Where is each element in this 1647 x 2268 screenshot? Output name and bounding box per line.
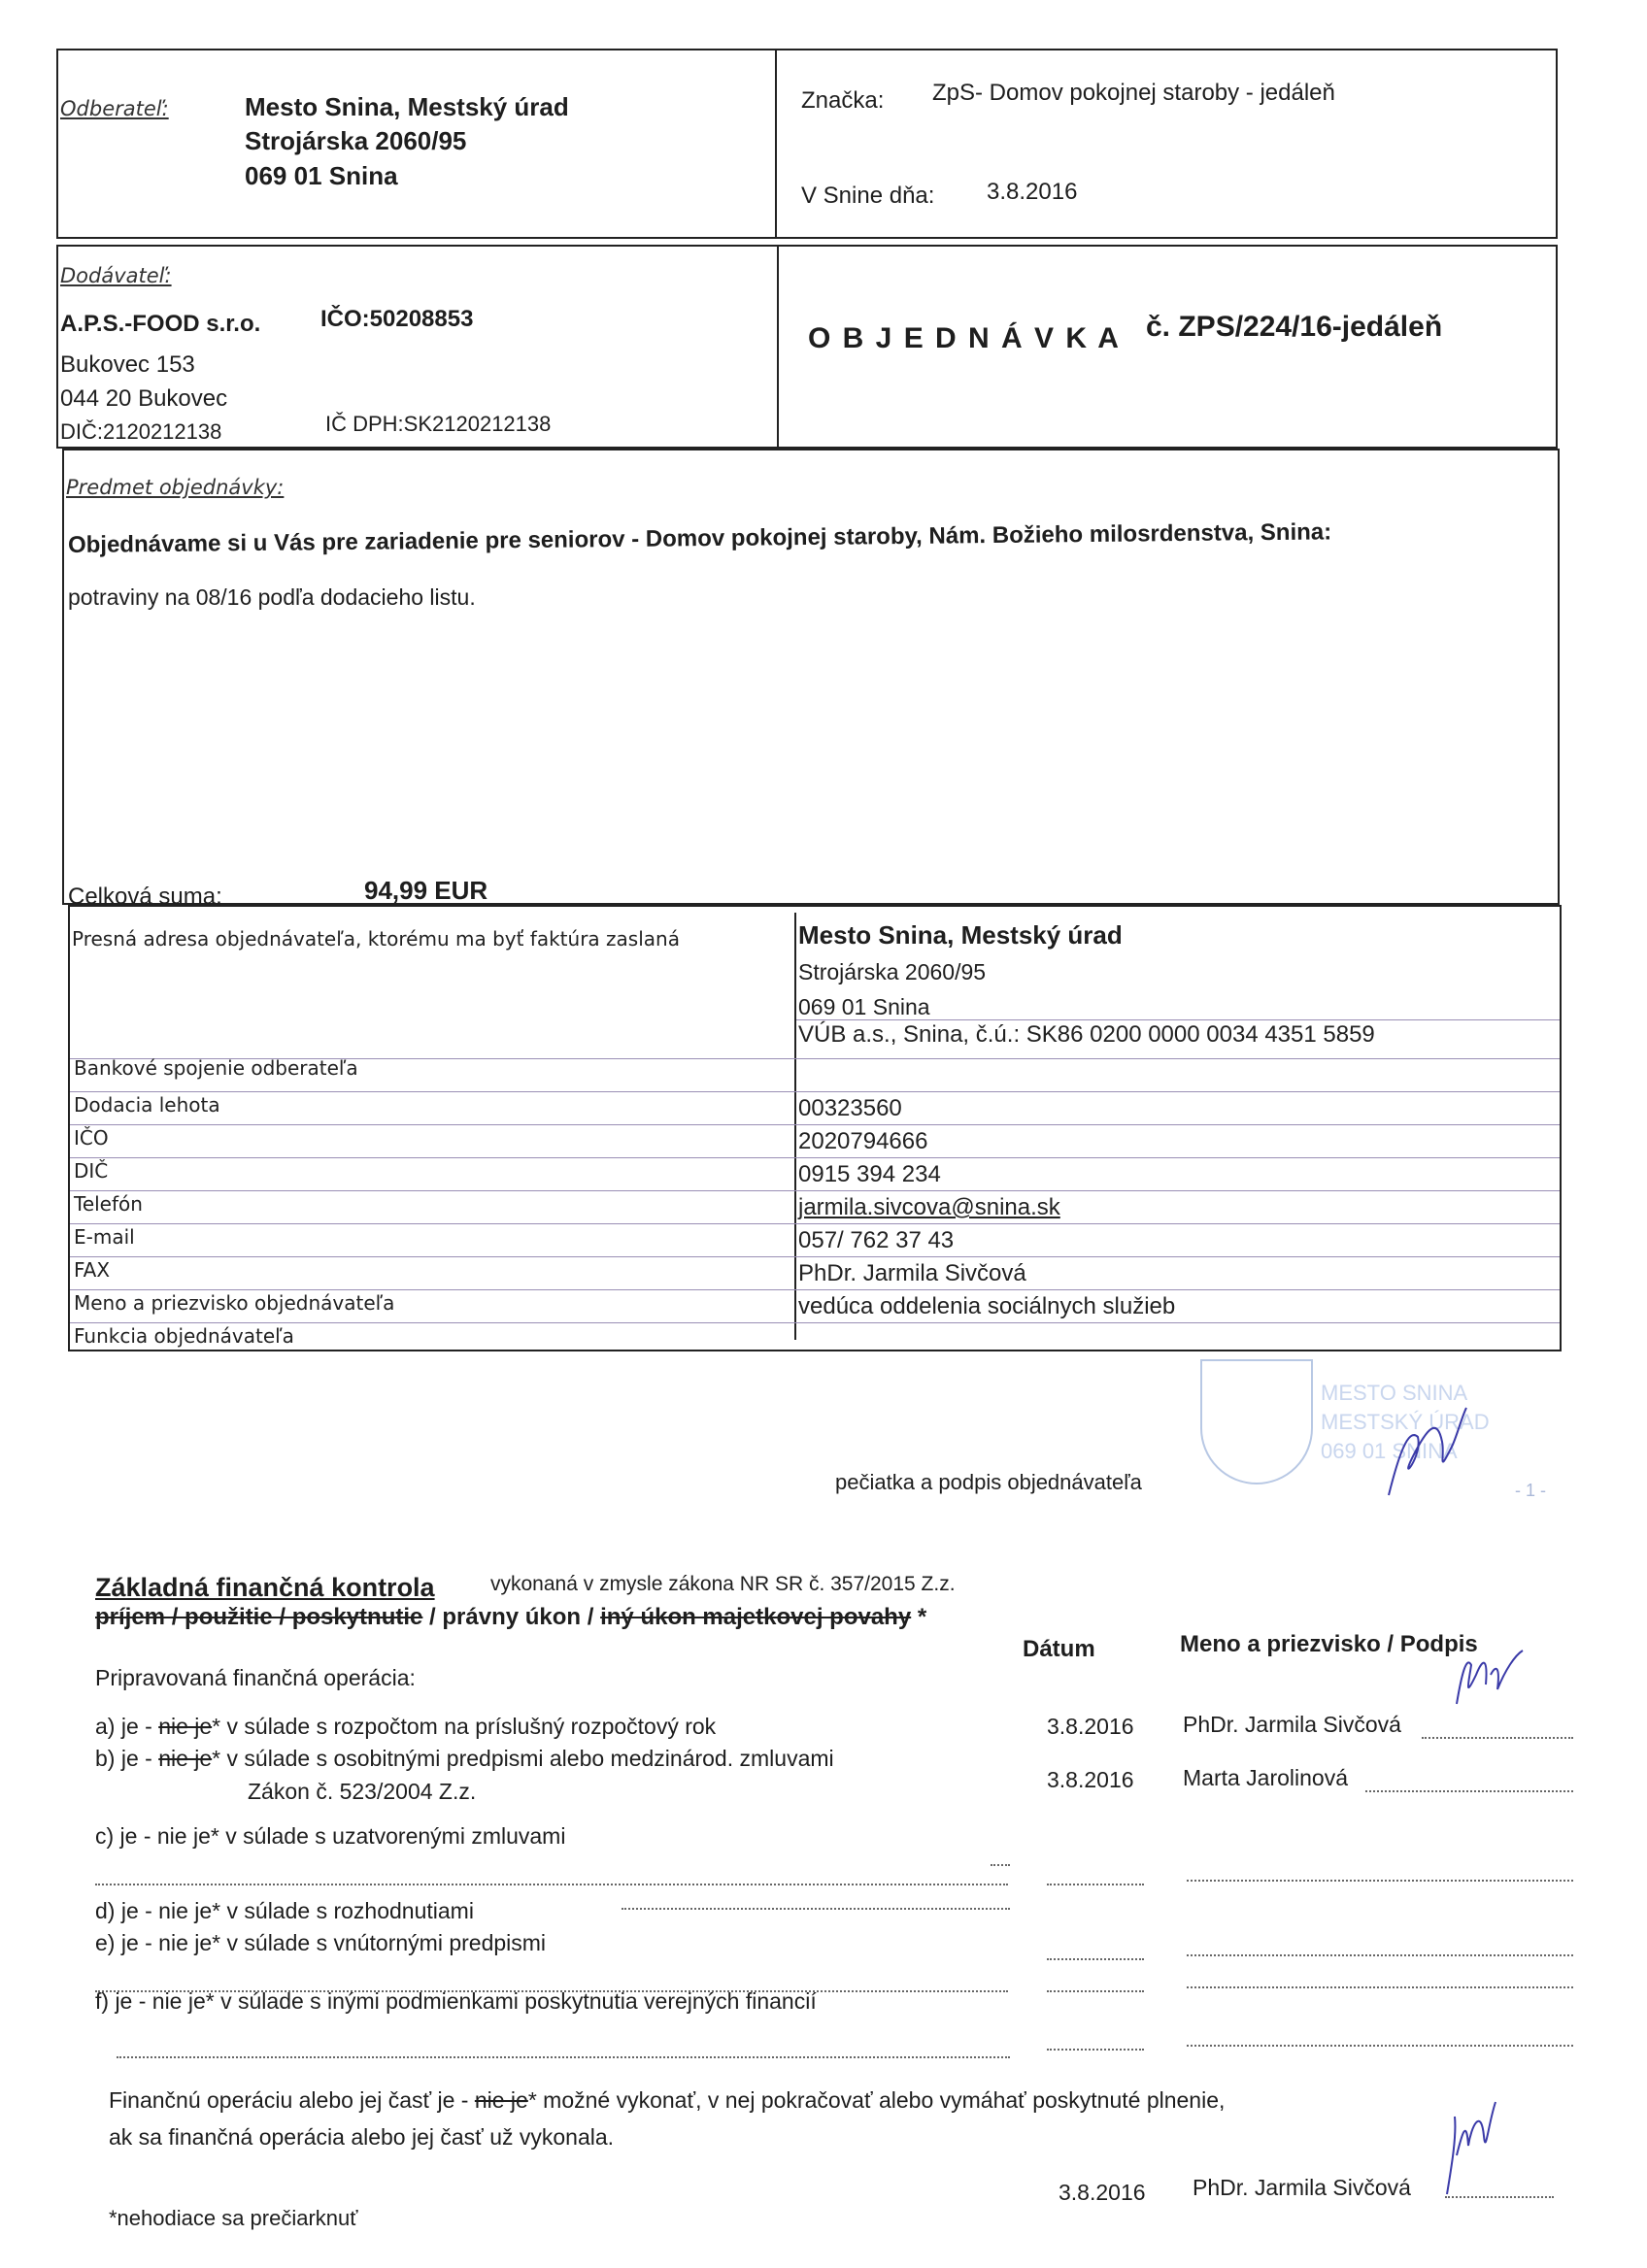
- odberatel-street: Strojárska 2060/95: [245, 126, 466, 156]
- detail-label: Dodacia lehota: [74, 1093, 220, 1117]
- row-divider: [70, 1190, 1560, 1191]
- conclusion-post: * možné vykonať, v nej pokračovať alebo …: [528, 2087, 1226, 2113]
- date-line[interactable]: [1047, 2049, 1144, 2051]
- conclusion-pre: Finančnú operáciu alebo jej časť je -: [109, 2087, 475, 2113]
- control-item: b) je - nie je* v súlade s osobitnými pr…: [95, 1746, 834, 1772]
- detail-value: 057/ 762 37 43: [798, 1227, 954, 1254]
- control-item: d) je - nie je* v súlade s rozhodnutiami: [95, 1898, 474, 1924]
- date-label: V Snine dňa:: [801, 183, 934, 210]
- fill-line[interactable]: [622, 1908, 1010, 1910]
- signature-line[interactable]: [1422, 1737, 1574, 1739]
- item-prefix: d) je - nie je: [95, 1898, 212, 1923]
- detail-label: Meno a priezvisko objednávateľa: [74, 1291, 394, 1315]
- detail-value: 2020794666: [798, 1128, 927, 1155]
- supplier-ico: IČO:50208853: [320, 306, 473, 333]
- stamp-signature-label: pečiatka a podpis objednávateľa: [835, 1470, 1142, 1495]
- detail-value: PhDr. Jarmila Sivčová: [798, 1260, 1026, 1287]
- control-title-suffix: vykonaná v zmysle zákona NR SR č. 357/20…: [490, 1573, 956, 1596]
- detail-label: FAX: [74, 1258, 110, 1282]
- supplier-name: A.P.S.-FOOD s.r.o.: [60, 311, 260, 338]
- supplier-dic: DIČ:2120212138: [60, 419, 221, 445]
- invoice-address-label: Presná adresa objednávateľa, ktorému ma …: [72, 927, 680, 951]
- row-divider: [70, 1289, 1560, 1290]
- final-date: 3.8.2016: [1059, 2180, 1146, 2206]
- date-line[interactable]: [1047, 1958, 1144, 1960]
- conclusion-line-1: Finančnú operáciu alebo jej časť je - ni…: [109, 2087, 1225, 2114]
- item-date: 3.8.2016: [1047, 1767, 1134, 1793]
- item-text: * v súlade s rozhodnutiami: [212, 1898, 474, 1923]
- subject-label: Predmet objednávky:: [66, 476, 284, 499]
- supplier-city: 044 20 Bukovec: [60, 385, 227, 413]
- item-date: 3.8.2016: [1047, 1714, 1134, 1740]
- footnote: *nehodiace sa prečiarknuť: [109, 2206, 358, 2231]
- detail-value: 00323560: [798, 1095, 902, 1122]
- supplier-street: Bukovec 153: [60, 351, 195, 379]
- control-item: f) je - nie je* v súlade s inými podmien…: [95, 1988, 817, 2015]
- detail-label: Funkcia objednávateľa: [74, 1324, 294, 1348]
- znacka-label: Značka:: [801, 87, 884, 115]
- col-name-header: Meno a priezvisko / Podpis: [1180, 1631, 1478, 1658]
- detail-label: E-mail: [74, 1225, 135, 1249]
- row-divider: [70, 1091, 1560, 1092]
- control-type-active: / právny úkon /: [422, 1604, 600, 1630]
- item-text: * v súlade s vnútornými predpismi: [212, 1930, 546, 1955]
- final-name: PhDr. Jarmila Sivčová: [1193, 2175, 1411, 2201]
- purchase-order-document: Odberateľ: Mesto Snina, Mestský úrad Str…: [0, 0, 1647, 2268]
- order-number: č. ZPS/224/16-jedáleň: [1146, 311, 1442, 344]
- total-value: 94,99 EUR: [364, 876, 487, 906]
- odberatel-name: Mesto Snina, Mestský úrad: [245, 92, 569, 122]
- item-text: * v súlade s rozpočtom na príslušný rozp…: [212, 1714, 716, 1739]
- control-title: Základná finančná kontrola: [95, 1573, 435, 1603]
- signature-line[interactable]: [1187, 1880, 1573, 1882]
- subject-detail: potraviny na 08/16 podľa dodacieho listu…: [68, 584, 476, 611]
- subject-box: [62, 449, 1560, 905]
- email-link[interactable]: jarmila.sivcova@snina.sk: [798, 1194, 1060, 1221]
- conclusion-struck: nie je: [475, 2087, 528, 2113]
- row-divider: [796, 1019, 1560, 1020]
- signature-icon: [1447, 1646, 1525, 1714]
- item-struck: nie je: [158, 1714, 212, 1739]
- fill-line[interactable]: [95, 1884, 1008, 1885]
- col-date-header: Dátum: [1023, 1636, 1095, 1663]
- odberatel-city: 069 01 Snina: [245, 161, 398, 191]
- signature-icon: [1428, 2097, 1505, 2204]
- control-type-struck-2: iný úkon majetkovej povahy: [600, 1604, 911, 1630]
- row-divider: [70, 1322, 1560, 1323]
- row-divider: [70, 1256, 1560, 1257]
- supplier-divider: [777, 245, 779, 449]
- control-type-struck-1: príjem / použitie / poskytnutie: [95, 1604, 422, 1630]
- item-subtext: Zákon č. 523/2004 Z.z.: [248, 1779, 476, 1805]
- control-item: e) je - nie je* v súlade s vnútornými pr…: [95, 1930, 546, 1956]
- conclusion-line-2: ak sa finančná operácia alebo jej časť u…: [109, 2124, 614, 2151]
- signature-line[interactable]: [1187, 1986, 1573, 1988]
- fill-line[interactable]: [117, 2056, 1010, 2058]
- detail-label: IČO: [74, 1126, 109, 1150]
- item-name: PhDr. Jarmila Sivčová: [1183, 1712, 1401, 1738]
- fill-line[interactable]: [95, 1990, 1008, 1992]
- detail-label: Bankové spojenie odberateľa: [74, 1056, 358, 1080]
- date-line[interactable]: [1047, 1884, 1144, 1885]
- item-name: Marta Jarolinová: [1183, 1765, 1348, 1791]
- item-prefix: b) je -: [95, 1746, 158, 1771]
- item-struck: nie je: [158, 1746, 212, 1771]
- invoice-address-city: 069 01 Snina: [798, 994, 930, 1020]
- detail-value: 0915 394 234: [798, 1161, 941, 1188]
- item-text: * v súlade s uzatvorenými zmluvami: [211, 1823, 566, 1849]
- supplier-ic-dph: IČ DPH:SK2120212138: [325, 412, 551, 437]
- control-item: a) je - nie je* v súlade s rozpočtom na …: [95, 1714, 716, 1740]
- supplier-label: Dodávateľ:: [60, 264, 172, 287]
- znacka-value: ZpS- Domov pokojnej staroby - jedáleň: [932, 80, 1335, 107]
- supplier-box: [56, 245, 1558, 449]
- date-value: 3.8.2016: [987, 179, 1077, 206]
- row-divider: [70, 1223, 1560, 1224]
- stamp-shield-icon: [1200, 1359, 1313, 1484]
- page-marker: - 1 -: [1515, 1481, 1546, 1501]
- invoice-address-name: Mesto Snina, Mestský úrad: [798, 920, 1123, 951]
- detail-value: VÚB a.s., Snina, č.ú.: SK86 0200 0000 00…: [798, 1021, 1375, 1049]
- date-line[interactable]: [1047, 1990, 1144, 1992]
- item-prefix: c) je - nie je: [95, 1823, 211, 1849]
- odberatel-label: Odberateľ:: [60, 97, 169, 120]
- signature-icon: [1369, 1398, 1476, 1505]
- detail-label: DIČ: [74, 1159, 108, 1183]
- signature-line[interactable]: [1365, 1790, 1573, 1792]
- fill-line[interactable]: [991, 1864, 1010, 1866]
- detail-value: vedúca oddelenia sociálnych služieb: [798, 1293, 1175, 1320]
- signature-line[interactable]: [1187, 1954, 1573, 1956]
- order-title: O B J E D N Á V K A: [808, 322, 1121, 355]
- item-prefix: a) je -: [95, 1714, 158, 1739]
- signature-line[interactable]: [1187, 2045, 1573, 2047]
- row-divider: [70, 1124, 1560, 1125]
- control-item: c) je - nie je* v súlade s uzatvorenými …: [95, 1823, 565, 1850]
- operation-label: Pripravovaná finančná operácia:: [95, 1665, 416, 1691]
- item-text: * v súlade s osobitnými predpismi alebo …: [212, 1746, 833, 1771]
- details-divider: [794, 913, 796, 1340]
- header-divider: [775, 49, 777, 239]
- item-prefix: e) je - nie je: [95, 1930, 212, 1955]
- row-divider: [70, 1157, 1560, 1158]
- detail-label: Telefón: [74, 1192, 143, 1216]
- control-type: príjem / použitie / poskytnutie / právny…: [95, 1604, 926, 1631]
- invoice-address-street: Strojárska 2060/95: [798, 959, 986, 985]
- control-type-star: *: [911, 1604, 926, 1630]
